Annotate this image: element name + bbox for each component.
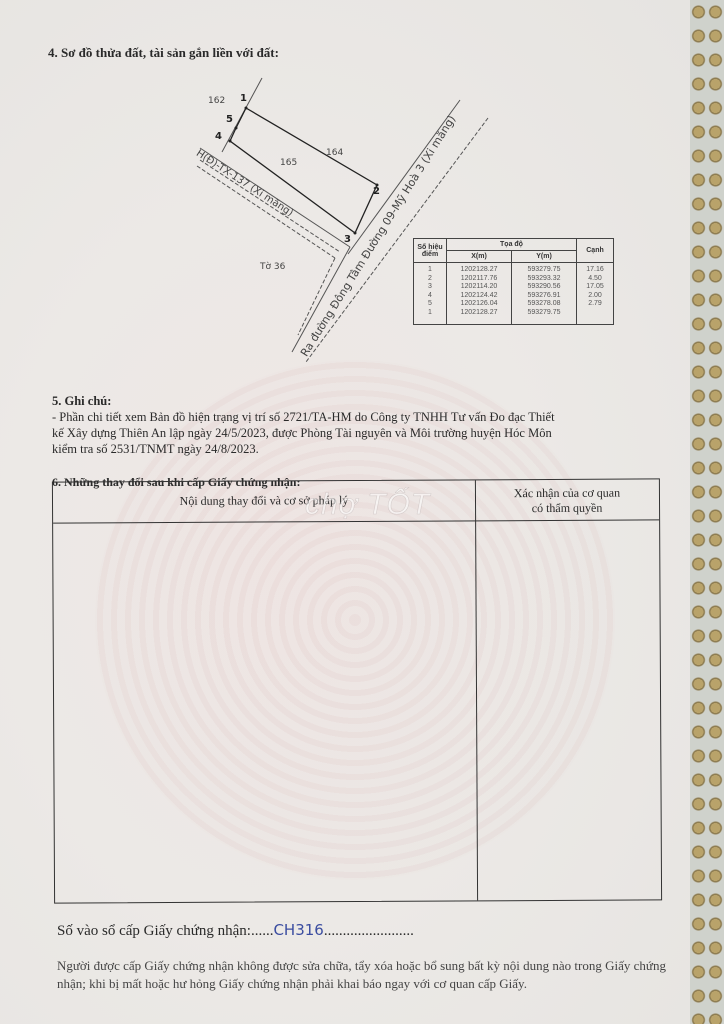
header-y: Y(m) — [512, 251, 577, 263]
coord-cell: 1202128.27 — [450, 309, 508, 318]
coord-cell: 17.16 — [580, 266, 610, 275]
x-column: 1202128.271202117.761202114.201202124.42… — [447, 263, 512, 325]
coord-cell — [580, 309, 610, 318]
column-divider — [475, 480, 478, 900]
coord-cell: 1202124.42 — [450, 292, 508, 301]
coord-cell: 593279.75 — [515, 266, 573, 275]
coord-cell: 1202128.27 — [450, 266, 508, 275]
coordinate-table: Số hiệu điểm Tọa độ Cạnh X(m) Y(m) 12345… — [413, 238, 614, 325]
coord-cell: 593290.56 — [515, 283, 573, 292]
parcel-162-label: 162 — [208, 96, 225, 106]
coord-cell: 593276.91 — [515, 292, 573, 301]
coord-cell: 4.50 — [580, 275, 610, 284]
vertex-2-label: 2 — [373, 186, 380, 197]
registry-value: CH316 — [273, 921, 323, 939]
authority-confirmation-header: Xác nhận của cơ quan có thẩm quyền — [475, 485, 659, 516]
watermark: chợ TỐT — [305, 488, 430, 522]
coord-cell: 5 — [417, 300, 443, 309]
coord-cell: 2.79 — [580, 300, 610, 309]
note-line-3: kiểm tra số 2531/TNMT ngày 24/8/2023. — [52, 441, 555, 457]
coord-cell: 593293.32 — [515, 275, 573, 284]
parcel-165-label: 165 — [280, 158, 297, 168]
registry-number: Số vào sổ cấp Giấy chứng nhận:......CH31… — [57, 921, 414, 940]
vertex-3-label: 3 — [344, 234, 351, 245]
header-x: X(m) — [447, 251, 512, 263]
registry-dots-after: ........................ — [324, 923, 414, 939]
coord-cell: 1202126.04 — [450, 300, 508, 309]
coord-cell: 593278.08 — [515, 300, 573, 309]
vertex-4-label: 4 — [215, 131, 222, 142]
authority-header-line-1: Xác nhận của cơ quan — [475, 485, 659, 501]
coord-cell: 2.00 — [580, 292, 610, 301]
point-column: 123451 — [414, 263, 447, 325]
authority-header-line-2: có thẩm quyền — [475, 500, 659, 516]
perforated-surface — [690, 0, 724, 1024]
coord-cell: 4 — [417, 292, 443, 301]
coord-cell: 1 — [417, 266, 443, 275]
section-5-notes: 5. Ghi chú: - Phần chi tiết xem Bản đồ h… — [52, 393, 555, 457]
y-column: 593279.75593293.32593290.56593276.915932… — [512, 263, 577, 325]
coord-cell: 1202114.20 — [450, 283, 508, 292]
header-point: Số hiệu điểm — [414, 239, 447, 263]
parcel-164-label: 164 — [326, 148, 343, 158]
vertex-1-label: 1 — [240, 93, 247, 104]
coord-cell: 2 — [417, 275, 443, 284]
registry-label: Số vào sổ cấp Giấy chứng nhận: — [57, 923, 251, 939]
edge-column: 17.164.5017.052.002.79 — [577, 263, 614, 325]
coord-cell: 3 — [417, 283, 443, 292]
header-coords: Tọa độ — [447, 239, 577, 251]
note-line-2: kế Xây dựng Thiên An lập ngày 24/5/2023,… — [52, 425, 555, 441]
vertex-5-label: 5 — [226, 114, 233, 125]
header-edge: Cạnh — [577, 239, 614, 263]
section-5-title: 5. Ghi chú: — [52, 393, 555, 409]
registry-dots: ...... — [251, 923, 274, 939]
footer-note: Người được cấp Giấy chứng nhận không đượ… — [57, 957, 697, 993]
coord-cell: 593279.75 — [515, 309, 573, 318]
changes-table: Nội dung thay đổi và cơ sở pháp lý Xác n… — [52, 478, 662, 903]
coord-cell: 1 — [417, 309, 443, 318]
note-line-1: - Phần chi tiết xem Bản đồ hiện trạng vị… — [52, 409, 555, 425]
coord-cell: 17.05 — [580, 283, 610, 292]
map-sheet-label: Tờ 36 — [260, 262, 285, 272]
coord-cell: 1202117.76 — [450, 275, 508, 284]
